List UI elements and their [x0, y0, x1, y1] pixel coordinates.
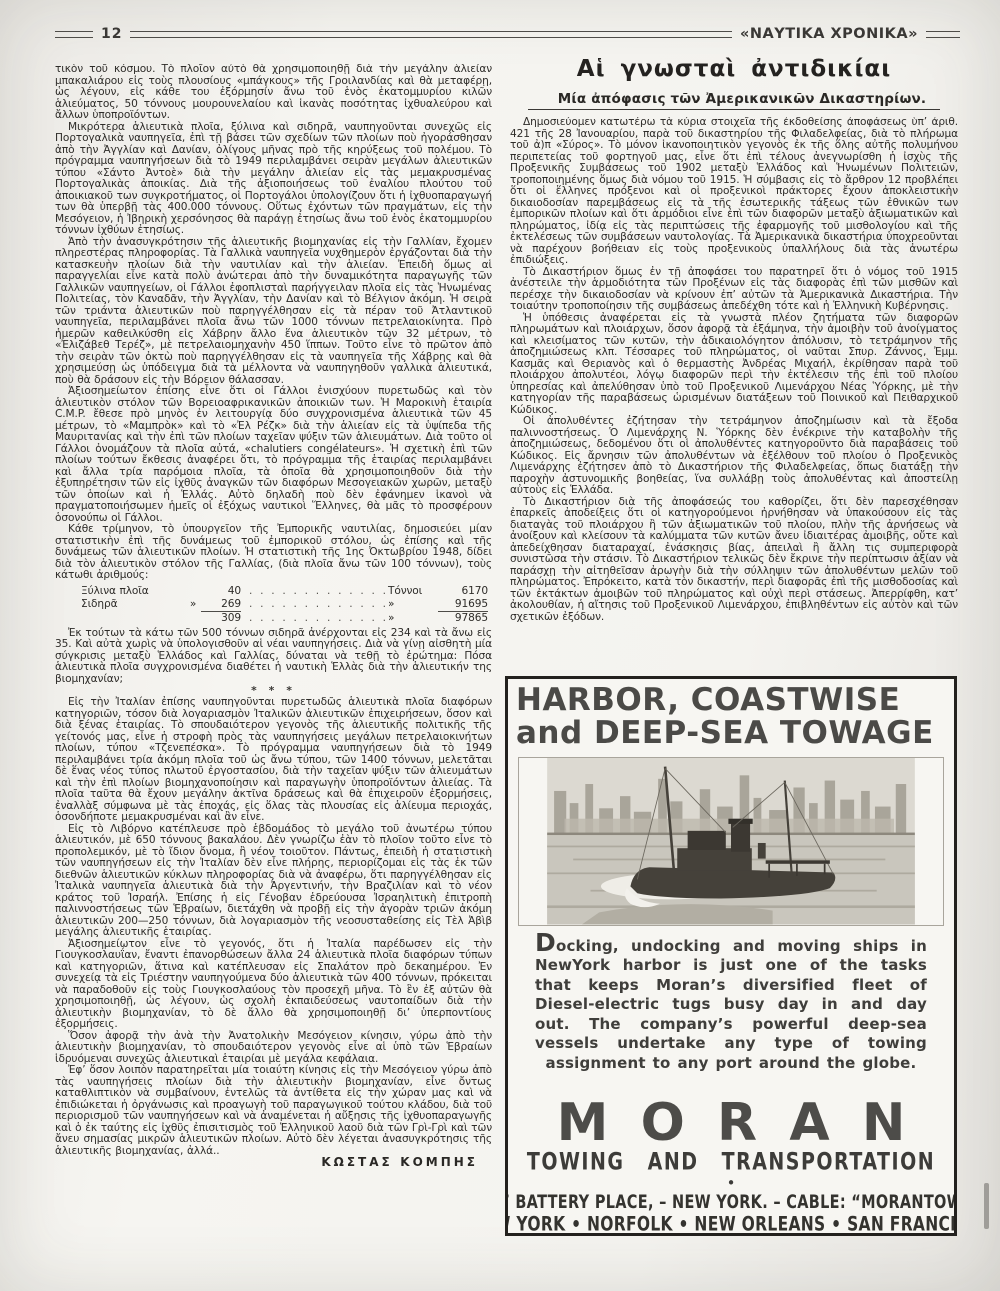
ad-tagline: TOWING AND TRANSPORTATION: [527, 1148, 935, 1176]
paragraph: Ἀξιοσημείωτον εἶνε τὸ γεγονός, ὅτι ἡ Ἰτα…: [55, 939, 492, 1031]
table-dot-leader: . . . . . . . . . . . . . . .: [241, 612, 388, 625]
table-unit-label: »: [388, 598, 438, 611]
paragraph: Τὸ Δικαστήριον ὅμως ἐν τῇ ἀποφάσει του π…: [510, 267, 958, 313]
paragraph: Οἱ ἀπολυθέντες ἐζήτησαν τὴν τετράμηνον ἀ…: [510, 416, 958, 497]
paragraph: Εἰς τὴν Ἰταλίαν ἐπίσης ναυπηγοῦνται πυρε…: [55, 697, 492, 824]
author-signature: ΚΩΣΤΑΣ ΚΟΜΠΗΣ: [55, 1157, 492, 1169]
ad-cities-list: NEW YORK • NORFOLK • NEW ORLEANS • SAN F…: [505, 1213, 957, 1236]
table-ship-count: 40: [201, 585, 241, 598]
table-row-label: Ξύλινα πλοῖα: [81, 585, 185, 598]
table-unit-label: »: [388, 612, 438, 625]
paragraph: Εἰς τὸ Λιβόρνο κατέπλευσε πρὸ ἑβδομάδος …: [55, 824, 492, 939]
paragraph: Μικρότερα ἁλιευτικὰ πλοῖα, ξύλινα καὶ σι…: [55, 122, 492, 237]
paragraph: Ἀπὸ τὴν ἀνασυγκρότησιν τῆς ἁλιευτικῆς βι…: [55, 237, 492, 387]
table-tonnage: 6170: [438, 585, 488, 598]
table-unit-label: Τόννοι: [388, 585, 438, 598]
ad-body-text: Docking, undocking and moving ships in N…: [535, 934, 927, 1074]
tugboat-harbor-photo: [518, 757, 944, 926]
paragraph: Ἐκ τούτων τὰ κάτω τῶν 500 τόννων σιδηρᾶ …: [55, 628, 492, 686]
table-row: Σιδηρᾶ » 269 . . . . . . . . . . . . . .…: [55, 598, 492, 611]
table-total-count: 309: [201, 611, 241, 625]
ad-headline-line1: HARBOR, COASTWISE: [516, 684, 948, 717]
paragraph: Τὸ Δικαστήριον διὰ τῆς ἀποφάσεώς του καθ…: [510, 497, 958, 624]
header-rule-right: [926, 31, 960, 38]
page-number: 12: [101, 26, 122, 42]
moran-advertisement: HARBOR, COASTWISE and DEEP-SEA TOWAGE: [505, 676, 957, 1236]
table-row-label: Σιδηρᾶ: [81, 598, 185, 611]
article-subtitle: Μία ἀπόφασις τῶν Ἀμερικανικῶν Δικαστηρίω…: [528, 91, 941, 110]
left-column-article: τικὸν τοῦ κόσμου. Τὸ πλοῖον αὐτὸ θὰ χρησ…: [55, 64, 492, 1278]
paragraph: Ἐφ’ ὅσον λοιπὸν παρατηρεῖται μία τοιαύτη…: [55, 1065, 492, 1157]
bullet-icon: •: [727, 1177, 736, 1189]
table-total-row: 309 . . . . . . . . . . . . . . . » 9786…: [55, 611, 492, 625]
table-total-tonnage: 97865: [438, 611, 488, 625]
table-dot-leader: . . . . . . . . . . . . . . . .: [241, 585, 388, 598]
magazine-page: 12 «ΝΑΥΤΙΚΑ ΧΡΟΝΙΚΑ» τικὸν τοῦ κόσμου. Τ…: [0, 0, 1000, 1291]
paragraph: τικὸν τοῦ κόσμου. Τὸ πλοῖον αὐτὸ θὰ χρησ…: [55, 64, 492, 122]
table-row: Ξύλινα πλοῖα 40 . . . . . . . . . . . . …: [55, 585, 492, 598]
page-header: 12 «ΝΑΥΤΙΚΑ ΧΡΟΝΙΚΑ»: [55, 26, 960, 42]
ad-headline: HARBOR, COASTWISE and DEEP-SEA TOWAGE: [508, 679, 954, 750]
paragraph: Ἡ ὑπόθεσις ἀναφέρεται εἰς τὰ γνωστὰ πλέο…: [510, 313, 958, 417]
table-tonnage: 91695: [438, 598, 488, 611]
header-rule-left: [55, 31, 93, 38]
article-body: Δημοσιεύομεν κατωτέρω τὰ κύρια στοιχεῖα …: [510, 117, 958, 689]
article-headline: Αἱ γνωσταὶ ἀντιδικίαι: [510, 56, 958, 82]
ad-dropcap: D: [535, 928, 556, 957]
paragraph: Ἀξιοσημείωτον ἐπίσης εἶνε ὅτι οἱ Γάλλοι …: [55, 386, 492, 524]
paragraph: Κάθε τρίμηνον, τὸ ὑπουργεῖον τῆς Ἐμπορικ…: [55, 524, 492, 582]
article-subtitle-wrap: Μία ἀπόφασις τῶν Ἀμερικανικῶν Δικαστηρίω…: [510, 88, 958, 110]
paragraph: Δημοσιεύομεν κατωτέρω τὰ κύρια στοιχεῖα …: [510, 117, 958, 267]
masthead-title: «ΝΑΥΤΙΚΑ ΧΡΟΝΙΚΑ»: [740, 26, 918, 42]
ad-body-rest: ocking, undocking and moving ships in Ne…: [535, 937, 927, 1072]
right-column-article: Αἱ γνωσταὶ ἀντιδικίαι Μία ἀπόφασις τῶν Ἀ…: [510, 56, 958, 689]
table-ship-count: 269: [201, 598, 241, 611]
fleet-statistics-table: Ξύλινα πλοῖα 40 . . . . . . . . . . . . …: [55, 585, 492, 625]
ad-address: 17 BATTERY PLACE, – NEW YORK. – CABLE: “…: [505, 1193, 957, 1214]
moran-logo: MORAN: [524, 1097, 937, 1149]
table-ditto: »: [185, 598, 201, 611]
ad-headline-line2: and DEEP-SEA TOWAGE: [516, 717, 948, 750]
scan-artifact: [984, 1183, 989, 1229]
header-rule-center: [130, 31, 732, 38]
paragraph: Ὅσον ἀφορᾷ τὴν ἀνὰ τὴν Ἀνατολικὴν Μεσόγε…: [55, 1031, 492, 1066]
table-dot-leader: . . . . . . . . . . . . . . . .: [241, 598, 388, 611]
